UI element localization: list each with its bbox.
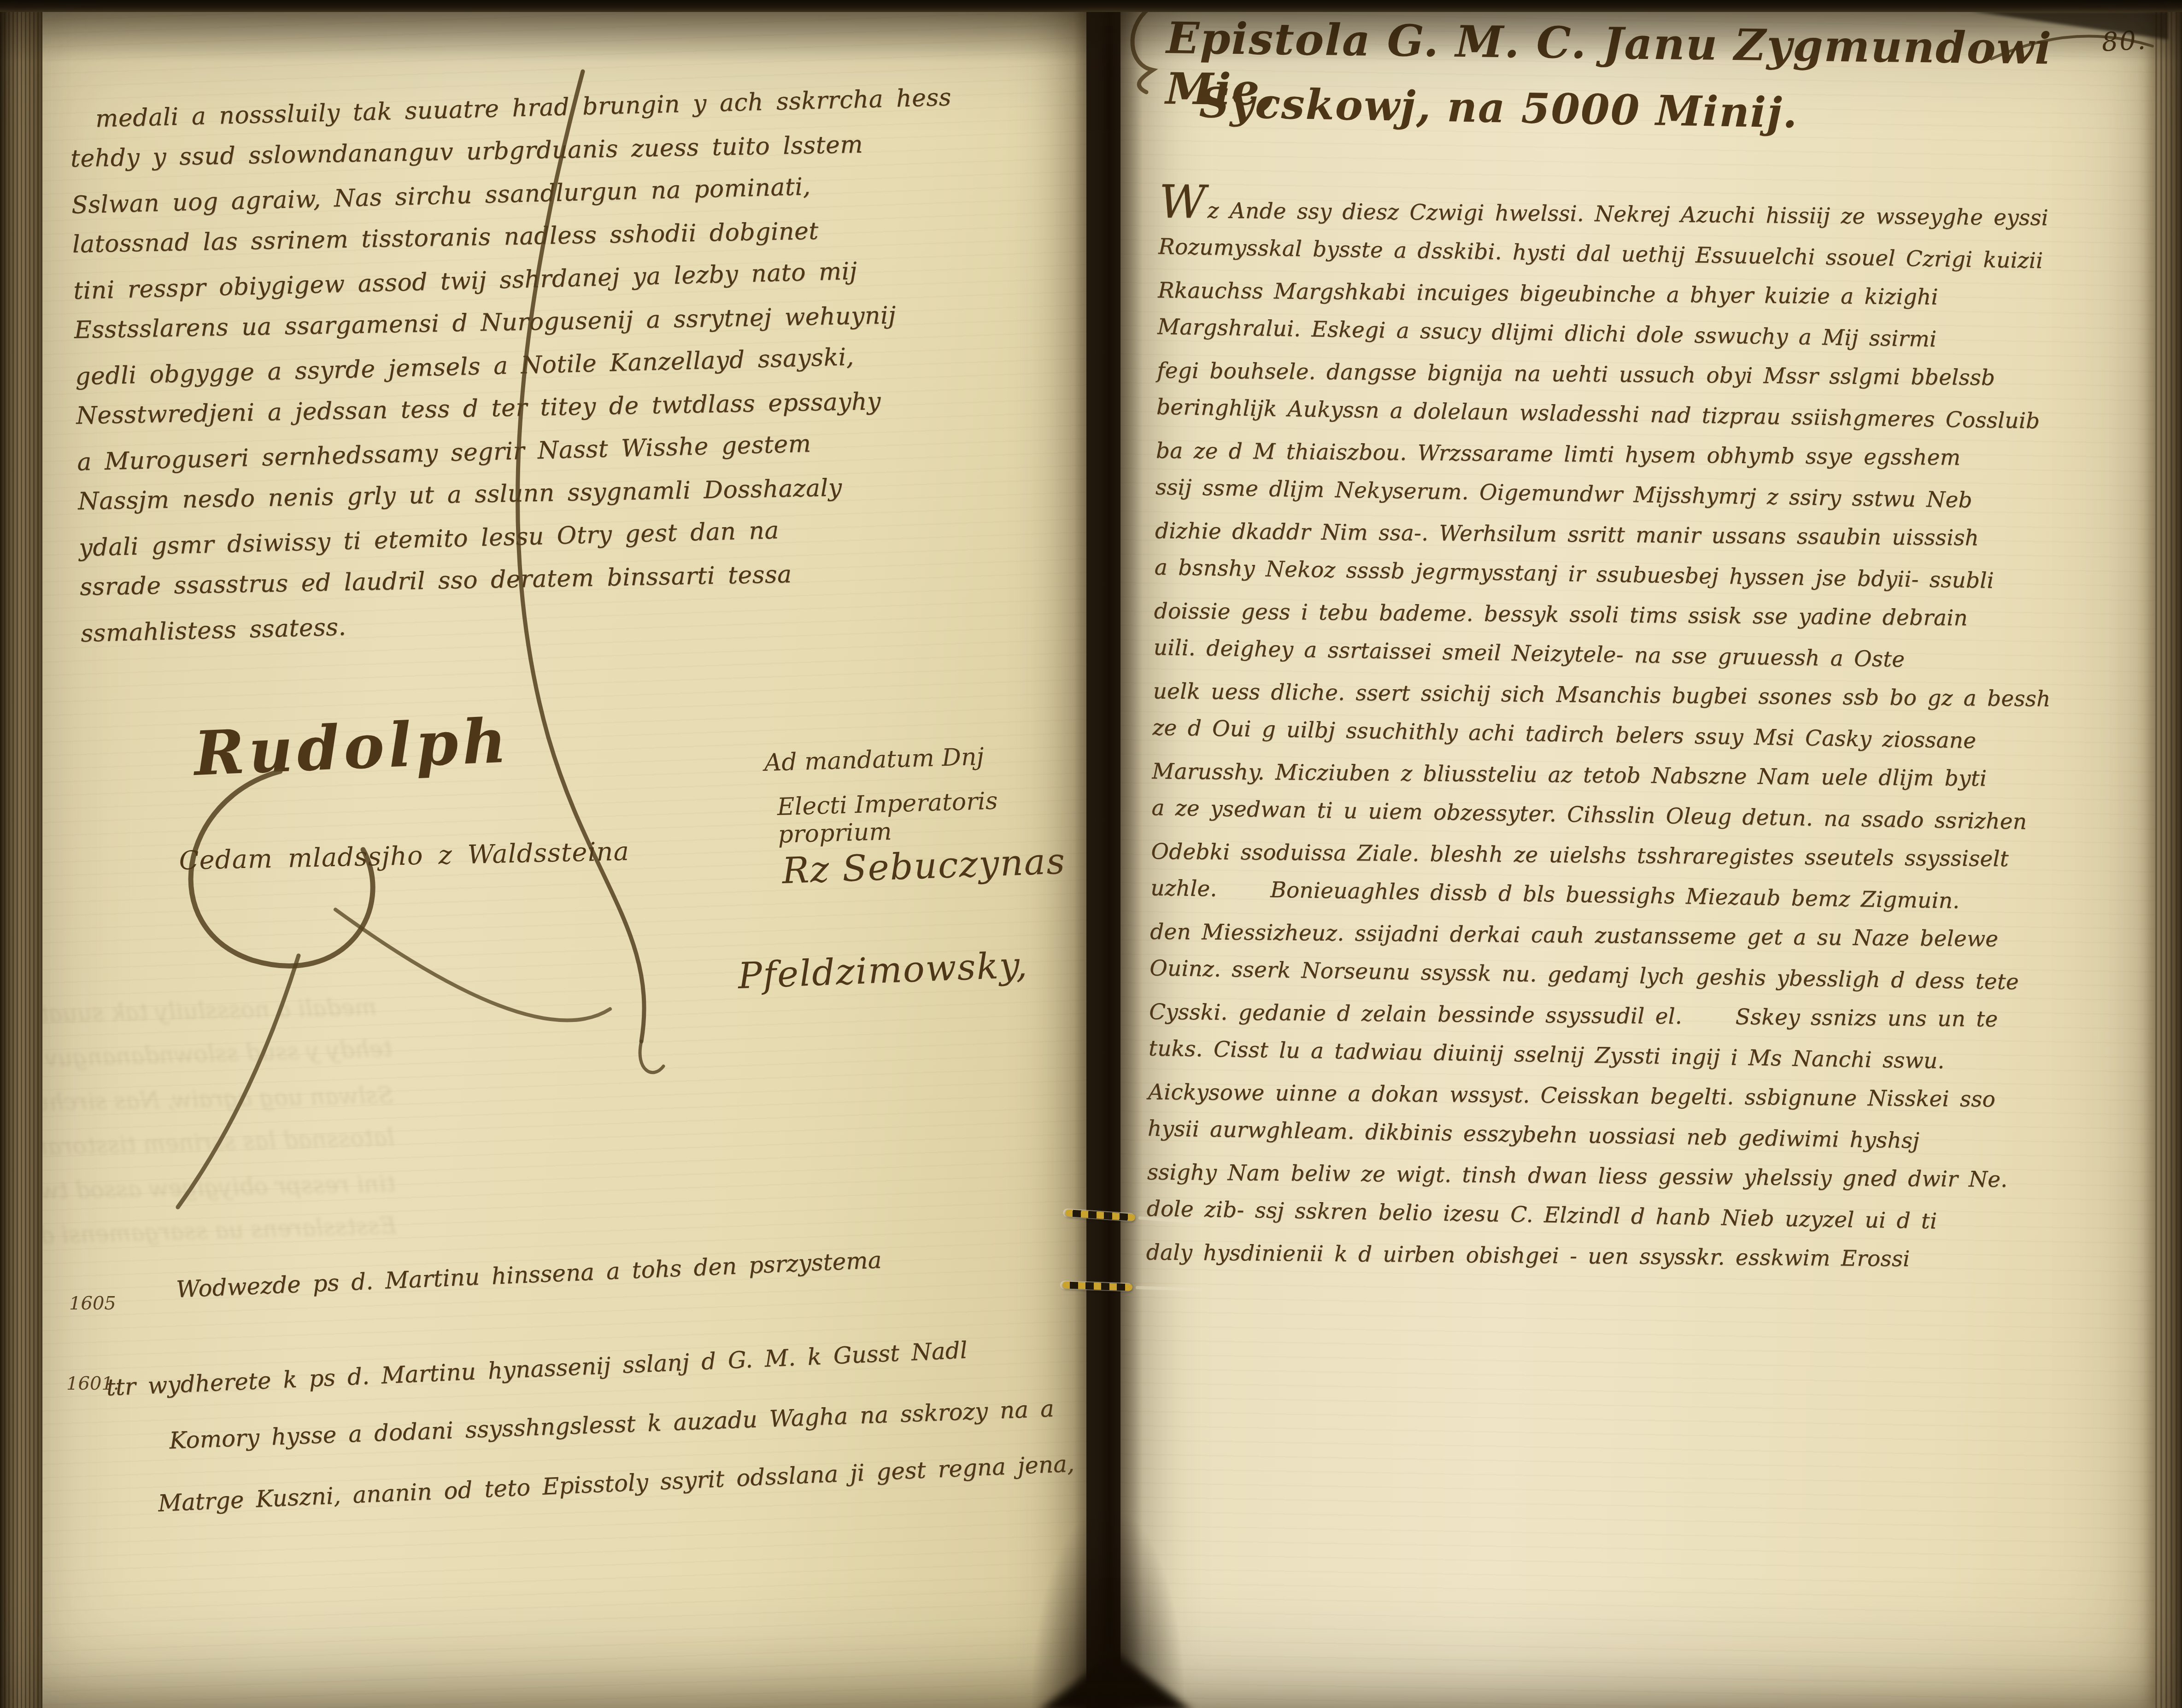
- show-through-ghost-text: medali a nosssluily tak suuatre hrad bru…: [0, 983, 397, 1257]
- countersignature-line-1: Ad mandatum Dnj: [764, 743, 984, 777]
- handwritten-line: daly hysdinienii k d uirben obishgei - u…: [1146, 1233, 2146, 1281]
- left-page: medali a nosssluily tak suuatre hrad bru…: [41, 6, 1086, 1708]
- bottom-gutter-notch: [1038, 1653, 1193, 1708]
- book-spread-photo: medali a nosssluily tak suuatre hrad bru…: [0, 0, 2182, 1708]
- docket-line: Cedam mladssjho z Waldssteina: [179, 837, 630, 876]
- countersignature-line-2: Electi Imperatoris proprium: [777, 785, 1088, 849]
- secretary-signature-2: Pfeldzimowsky,: [737, 945, 1029, 997]
- royal-signature: Rudolph: [193, 705, 512, 790]
- page-edges-left: [0, 4, 42, 1708]
- marginal-note-1605: Wodwezde ps d. Martinu hinssena a tohs d…: [175, 1233, 883, 1316]
- marginal-note-1601: ttr wydherete k ps d. Martinu hynassenij…: [105, 1318, 1075, 1533]
- margin-year-1605: 1605: [69, 1293, 116, 1314]
- secretary-signature-1: Rz Sebuczynas: [781, 841, 1067, 892]
- heading-line-2: Sycskowj, na 5000 Minij.: [1199, 78, 1799, 138]
- binding-board-top-edge: [0, 0, 2182, 12]
- board-corner-top-right: [1970, 11, 2168, 40]
- page-edges-right: [2155, 7, 2182, 1708]
- left-page-text-block: medali a nosssluily tak suuatre hrad bru…: [69, 75, 1085, 653]
- right-page-text-block: Wz Ande ssy diesz Czwigi hwelssi. Nekrej…: [1146, 183, 2159, 1283]
- right-page: Epistola G. M. C. Janu Zygmundowi Mie, S…: [1120, 0, 2156, 1708]
- handwritten-line: Wodwezde ps d. Martinu hinssena a tohs d…: [175, 1233, 883, 1317]
